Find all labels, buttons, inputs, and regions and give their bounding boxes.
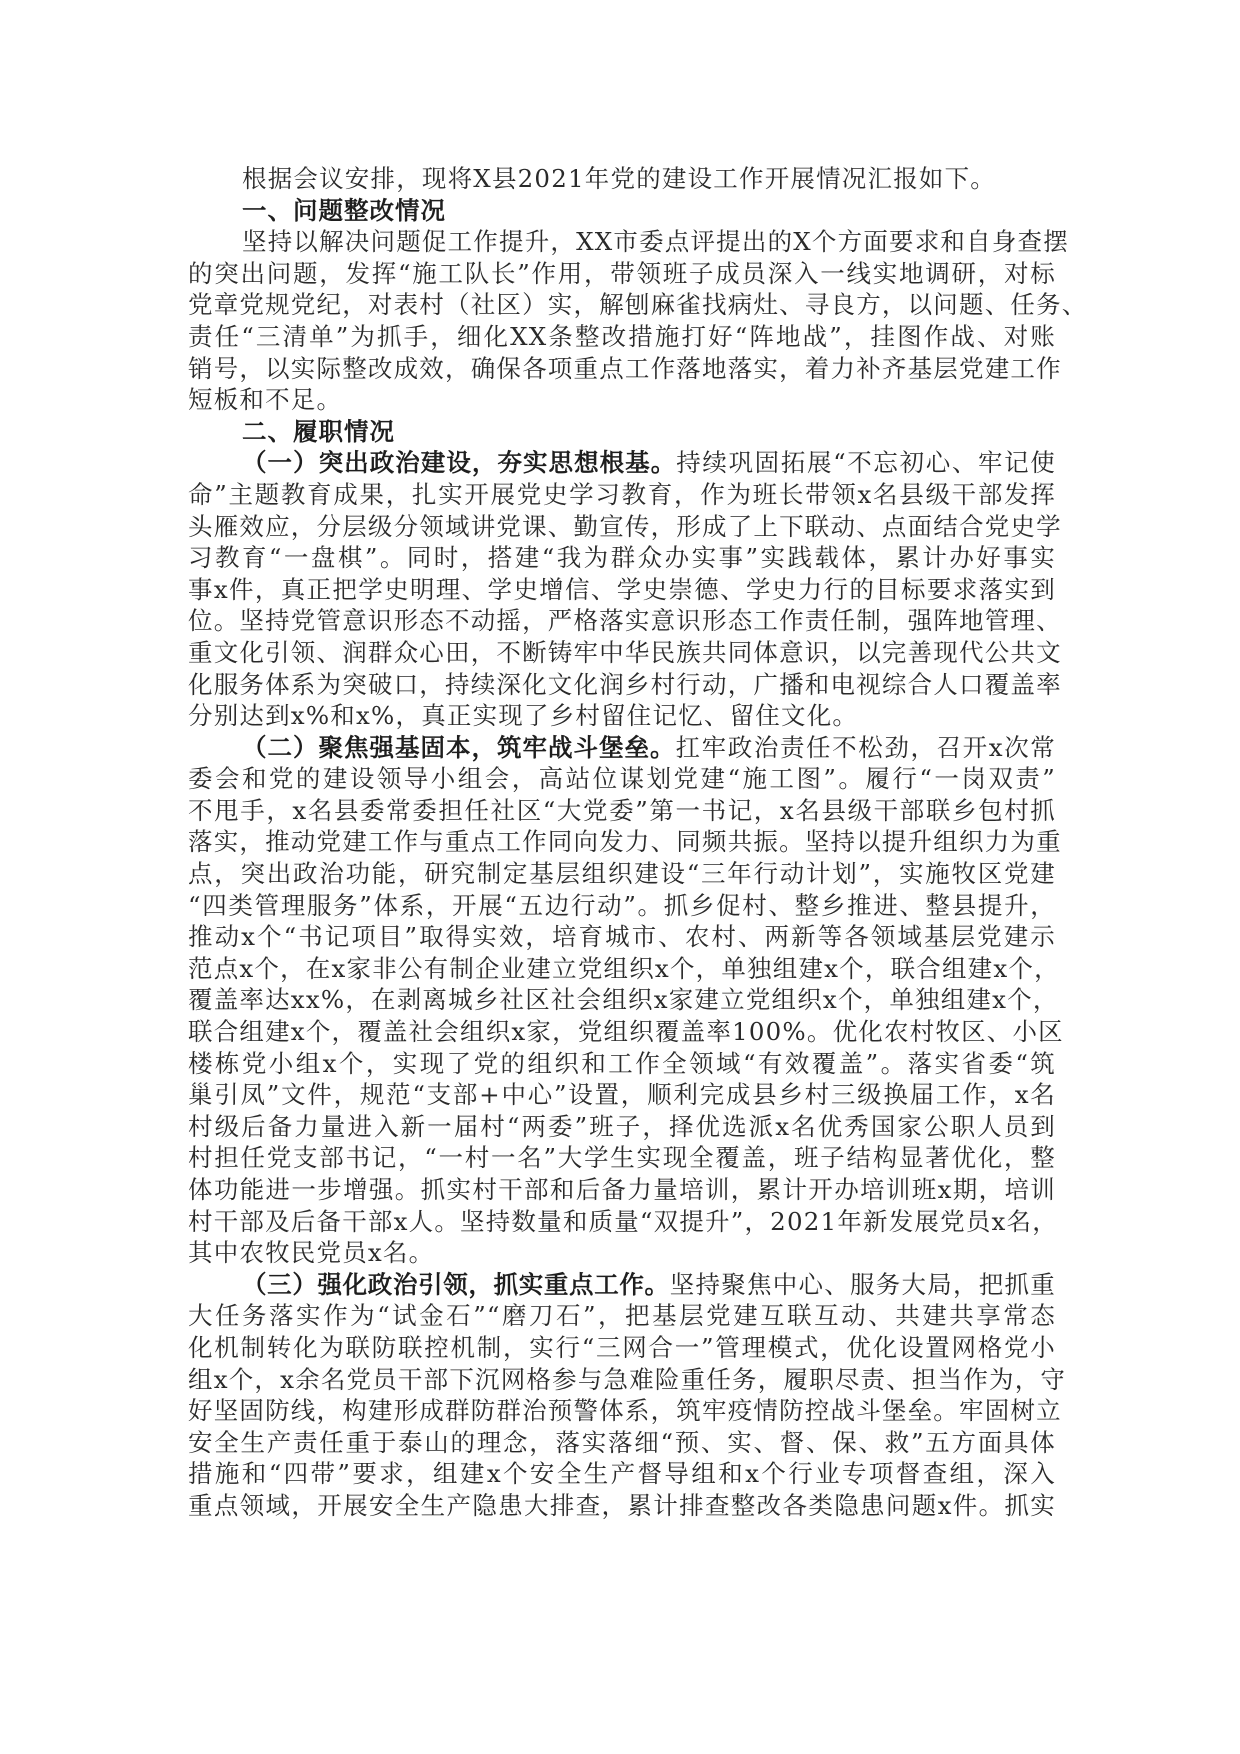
paragraph-line: 好坚固防线，构建形成群防群治预警体系，筑牢疫情防控战斗堡垒。牢固树立: [188, 1395, 1056, 1427]
section-heading-1: 一、问题整改情况: [188, 195, 1056, 227]
paragraph-line: 重文化引领、润群众心田，不断铸牢中华民族共同体意识，以完善现代公共文: [188, 637, 1056, 669]
paragraph-line: 体功能进一步增强。抓实村干部和后备力量培训，累计开办培训班x期，培训: [188, 1174, 1056, 1206]
paragraph-line: 落实，推动党建工作与重点工作同向发力、同频共振。坚持以提升组织力为重: [188, 826, 1056, 858]
paragraph-line: 楼栋党小组x个，实现了党的组织和工作全领域“有效覆盖”。落实省委“筑: [188, 1048, 1056, 1080]
paragraph-line: （三）强化政治引领，抓实重点工作。坚持聚焦中心、服务大局，把抓重: [188, 1269, 1056, 1301]
paragraph-line: 村干部及后备干部x人。坚持数量和质量“双提升”，2021年新发展党员x名，: [188, 1206, 1056, 1238]
paragraph-line: （一）突出政治建设，夯实思想根基。持续巩固拓展“不忘初心、牢记使: [188, 447, 1056, 479]
subsection-1-title: （一）突出政治建设，夯实思想根基。: [242, 448, 676, 477]
paragraph-line: 措施和“四带”要求，组建x个安全生产督导组和x个行业专项督查组，深入: [188, 1458, 1056, 1490]
paragraph-line: 推动x个“书记项目”取得实效，培育城市、农村、两新等各领域基层党建示: [188, 921, 1056, 953]
document-page: 根据会议安排，现将X县2021年党的建设工作开展情况汇报如下。 一、问题整改情况…: [188, 163, 1056, 1522]
paragraph-text: 持续巩固拓展“不忘初心、牢记使: [676, 448, 1056, 477]
paragraph-line: 党章党规党纪，对表村（社区）实，解刨麻雀找病灶、寻良方，以问题、任务、: [188, 289, 1056, 321]
paragraph-text: 坚持聚焦中心、服务大局，把抓重: [670, 1270, 1056, 1299]
paragraph-line: 村级后备力量进入新一届村“两委”班子，择优选派x名优秀国家公职人员到: [188, 1111, 1056, 1143]
subsection-2-title: （二）聚焦强基固本，筑牢战斗堡垒。: [242, 733, 676, 762]
paragraph-line: 覆盖率达xx%，在剥离城乡社区社会组织x家建立党组织x个，单独组建x个，: [188, 984, 1056, 1016]
subsection-1-paragraph: （一）突出政治建设，夯实思想根基。持续巩固拓展“不忘初心、牢记使 命”主题教育成…: [188, 447, 1056, 731]
paragraph-line: 联合组建x个，覆盖社会组织x家，党组织覆盖率100%。优化农村牧区、小区: [188, 1016, 1056, 1048]
paragraph-line: 其中农牧民党员x名。: [188, 1237, 1056, 1269]
paragraph-line: 巢引凤”文件，规范“支部+中心”设置，顺利完成县乡村三级换届工作，x名: [188, 1079, 1056, 1111]
paragraph-line: 化服务体系为突破口，持续深化文化润乡村行动，广播和电视综合人口覆盖率: [188, 669, 1056, 701]
paragraph-line: 习教育“一盘棋”。同时，搭建“我为群众办实事”实践载体，累计办好事实: [188, 542, 1056, 574]
subsection-3-paragraph: （三）强化政治引领，抓实重点工作。坚持聚焦中心、服务大局，把抓重 大任务落实作为…: [188, 1269, 1056, 1522]
paragraph-line: “四类管理服务”体系，开展“五边行动”。抓乡促村、整乡推进、整县提升，: [188, 890, 1056, 922]
paragraph-line: 范点x个，在x家非公有制企业建立党组织x个，单独组建x个，联合组建x个，: [188, 953, 1056, 985]
section-heading-2: 二、履职情况: [188, 416, 1056, 448]
subsection-3-title: （三）强化政治引领，抓实重点工作。: [242, 1270, 670, 1299]
paragraph-line: 事x件，真正把学史明理、学史增信、学史崇德、学史力行的目标要求落实到: [188, 574, 1056, 606]
paragraph-line: 点，突出政治功能，研究制定基层组织建设“三年行动计划”，实施牧区党建: [188, 858, 1056, 890]
paragraph-line: 委会和党的建设领导小组会，高站位谋划党建“施工图”。履行“一岗双责”: [188, 763, 1056, 795]
paragraph-line: 村担任党支部书记，“一村一名”大学生实现全覆盖，班子结构显著优化，整: [188, 1142, 1056, 1174]
paragraph-line: 大任务落实作为“试金石”“磨刀石”，把基层党建互联互动、共建共享常态: [188, 1300, 1056, 1332]
intro-paragraph: 根据会议安排，现将X县2021年党的建设工作开展情况汇报如下。: [188, 163, 1056, 195]
paragraph-line: 重点领域，开展安全生产隐患大排查，累计排查整改各类隐患问题x件。抓实: [188, 1490, 1056, 1522]
paragraph-text: 扛牢政治责任不松劲，召开x次常: [676, 733, 1056, 762]
section1-paragraph: 坚持以解决问题促工作提升，XX市委点评提出的X个方面要求和自身查摆 的突出问题，…: [188, 226, 1056, 416]
paragraph-line: 责任“三清单”为抓手，细化XX条整改措施打好“阵地战”，挂图作战、对账: [188, 321, 1056, 353]
paragraph-line: 不甩手，x名县委常委担任社区“大党委”第一书记，x名县级干部联乡包村抓: [188, 795, 1056, 827]
paragraph-line: 坚持以解决问题促工作提升，XX市委点评提出的X个方面要求和自身查摆: [188, 226, 1056, 258]
paragraph-line: （二）聚焦强基固本，筑牢战斗堡垒。扛牢政治责任不松劲，召开x次常: [188, 732, 1056, 764]
paragraph-line: 短板和不足。: [188, 384, 1056, 416]
paragraph-line: 位。坚持党管意识形态不动摇，严格落实意识形态工作责任制，强阵地管理、: [188, 605, 1056, 637]
paragraph-line: 的突出问题，发挥“施工队长”作用，带领班子成员深入一线实地调研，对标: [188, 258, 1056, 290]
paragraph-line: 头雁效应，分层级分领域讲党课、勤宣传，形成了上下联动、点面结合党史学: [188, 511, 1056, 543]
paragraph-line: 化机制转化为联防联控机制，实行“三网合一”管理模式，优化设置网格党小: [188, 1332, 1056, 1364]
paragraph-line: 组x个，x余名党员干部下沉网格参与急难险重任务，履职尽责、担当作为，守: [188, 1364, 1056, 1396]
paragraph-line: 分别达到x%和x%，真正实现了乡村留住记忆、留住文化。: [188, 700, 1056, 732]
subsection-2-paragraph: （二）聚焦强基固本，筑牢战斗堡垒。扛牢政治责任不松劲，召开x次常 委会和党的建设…: [188, 732, 1056, 1269]
paragraph-line: 销号，以实际整改成效，确保各项重点工作落地落实，着力补齐基层党建工作: [188, 353, 1056, 385]
paragraph-line: 安全生产责任重于泰山的理念，落实落细“预、实、督、保、救”五方面具体: [188, 1427, 1056, 1459]
paragraph-line: 命”主题教育成果，扎实开展党史学习教育，作为班长带领x名县级干部发挥: [188, 479, 1056, 511]
